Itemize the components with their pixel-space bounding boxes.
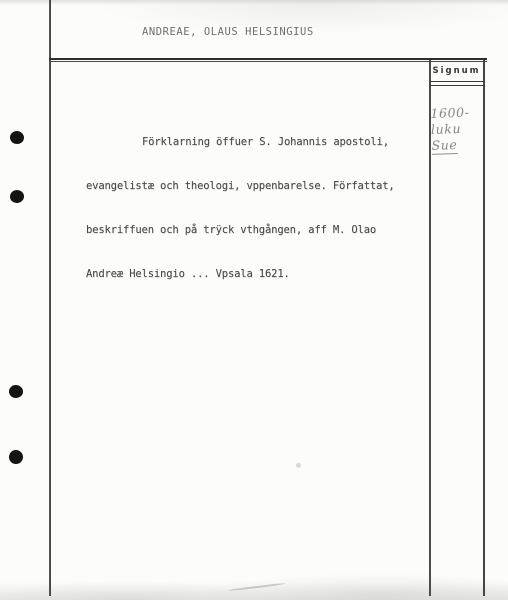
signum-handwritten-value: 1600- luku Sue bbox=[430, 104, 484, 154]
entry-line: evangelistæ och theologi, vppenbarelse. … bbox=[86, 179, 416, 194]
catalog-entry-text: Förklarning öffuer S. Johannis apostoli,… bbox=[86, 106, 416, 310]
signum-handwritten-line: luku bbox=[431, 120, 484, 138]
header-divider-rule bbox=[49, 58, 487, 62]
signum-label-divider-rule bbox=[430, 81, 484, 86]
scan-edge-shadow-bottom bbox=[0, 582, 508, 600]
left-margin-rule bbox=[49, 0, 51, 596]
scan-speck bbox=[296, 463, 301, 468]
punch-hole bbox=[9, 130, 25, 145]
punch-hole bbox=[9, 189, 24, 203]
signum-handwritten-line: 1600- bbox=[430, 104, 483, 122]
scan-edge-shadow-top bbox=[0, 0, 508, 5]
signum-handwritten-underlined-text: Sue bbox=[431, 137, 457, 155]
punch-hole bbox=[9, 450, 24, 465]
author-heading: ANDREAE, OLAUS HELSINGIUS bbox=[142, 26, 314, 38]
signum-handwritten-line: Sue bbox=[431, 136, 484, 154]
entry-line: Andreæ Helsingio ... Vpsala 1621. bbox=[86, 267, 416, 282]
entry-line: Förklarning öffuer S. Johannis apostoli, bbox=[86, 135, 416, 150]
signum-column-label: Signum bbox=[429, 66, 484, 76]
entry-line: beskriffuen och på trÿck vthgången, aff … bbox=[86, 223, 416, 238]
catalog-card-scan: ANDREAE, OLAUS HELSINGIUS Signum 1600- l… bbox=[0, 0, 508, 600]
punch-hole bbox=[9, 385, 24, 399]
